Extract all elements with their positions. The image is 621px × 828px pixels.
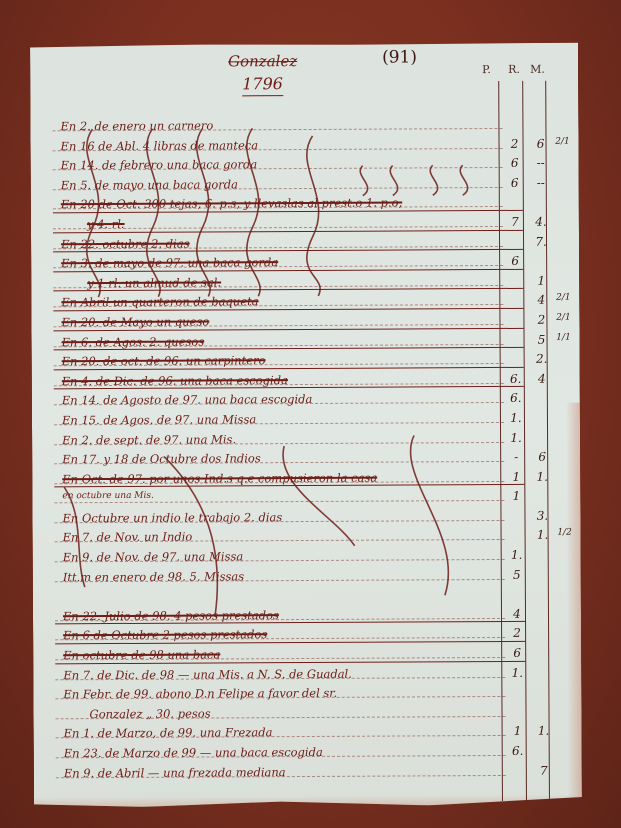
entry-text: En 7. de Nov. un Indio [63,530,193,545]
ledger-row: En 20. de oct. de 96. un carpintero2. [54,350,574,372]
amount-pesos: 1 [506,470,526,484]
amount-medios: 1/2 [555,528,575,538]
ledger-row: En 23. de Marzo de 99 — una baca escogid… [56,742,576,764]
ledger-row: en octubre una Mis.1 [54,487,574,509]
amount-pesos: 6 [505,254,525,268]
ledger-row: En 9. de Nov. de 97. una Missa1. [55,546,575,568]
amount-reales: 4 [531,293,551,307]
ledger-row: y 1 rl. un almud de sal.1 [53,271,573,293]
ledger-row: En Octubre un indio le trabajo 2. dias3. [54,506,574,528]
amount-pesos: 1 [508,724,528,738]
ledger-row: En 5. de mayo una baca gorda6-- [53,173,573,195]
ledger-row: En 7. de Dic. de 98 — una Mis. a N. S. d… [55,663,575,685]
amount-pesos: 6. [506,372,526,386]
amount-reales: -- [531,156,551,170]
ledger-row: En 6 de Octubre 2 pesos prestados2 [55,624,575,646]
amount-medios: 2/1 [553,313,573,323]
ledger-row: En 2. de enero un carnero [52,115,572,137]
entry-text: En 20. de oct. de 96. un carpintero [62,353,266,368]
manuscript-page: (91) Gonzalez 1796 P. R. M. En 2. de ene… [30,43,582,808]
entry-text: Itt.m en enero de 98. 5. Missas [63,569,244,584]
amount-pesos: 2 [504,136,524,150]
amount-medios: 2/1 [553,293,573,303]
column-header-reales: R. [508,63,520,76]
ledger-row: En Abril un quarteron de baqueta42/1 [53,291,573,313]
amount-reales: 7. [531,234,551,248]
entry-text: En 17. y 18 de Octubre dos Indios [62,451,261,466]
entry-text: En 14. de Agosto de 97. una baca escogid… [62,392,313,407]
amount-pesos: 1 [506,489,526,503]
amount-reales: 6 [530,136,550,150]
entry-text: En Octubre un indio le trabajo 2. dias [62,510,282,525]
entry-text: En Abril un quarteron de baqueta [61,295,258,310]
folio-number: (91) [382,47,417,67]
page-year: 1796 [242,74,283,96]
entry-text: En 20 de Oct. 300 tejas, 6. p.s, y lleva… [61,196,402,212]
entry-text: En 3. de mayo de 97. una baca gorda [61,255,278,270]
amount-reales: 5 [532,332,552,346]
entry-text: En 15. de Agos. de 97. una Missa [62,412,256,427]
ledger-row: En 22. Julio de 98. 4 pesos prestados4 [55,604,575,626]
ledger-row: y 4. rl.74. [53,213,573,235]
entry-text: En 5. de mayo una baca gorda [61,177,238,192]
ledger-row: En Febr. de 99. abono D.n Felipe a favor… [55,683,575,705]
page-title: Gonzalez [228,52,297,70]
amount-reales: 1. [532,469,552,483]
amount-medios: 1/1 [554,332,574,342]
entry-text: y 1 rl. un almud de sal. [87,275,221,290]
ledger-row: En 15. de Agos. de 97. una Missa1. [54,409,574,431]
amount-reales: 4. [531,215,551,229]
ledger-row: En 2. de sept. de 97. una Mis.1. [54,428,574,450]
entry-text: En 7. de Dic. de 98 — una Mis. a N. S. d… [63,666,352,682]
entry-text: Gonzalez „ 30. pesos [89,706,210,721]
ledger-row: Gonzalez „ 30. pesos [55,702,575,724]
ledger-row: En 20 de Oct. 300 tejas, 6. p.s, y lleva… [53,193,573,215]
entry-text: En 23. de Marzo de 99 — una baca escogid… [64,745,323,760]
ledger-row: En 7. de Nov. un Indio1.1/2 [55,526,575,548]
amount-reales: 1. [533,528,553,542]
ledger-row: Itt.m en enero de 98. 5. Missas5 [55,565,575,587]
amount-pesos: 7 [505,215,525,229]
ledger-row: En 6. de Agos. 2. quesos51/1 [54,330,574,352]
ledger-row: En 14. de Agosto de 97. una baca escogid… [54,389,574,411]
amount-reales: 2 [531,313,551,327]
amount-pesos: - [506,450,526,464]
amount-pesos: 6. [508,744,528,758]
amount-pesos: 4 [507,607,527,621]
edge-stain-bottom [34,795,582,808]
ledger-row: En 16 de Abl. 4 libras de manteca262/1 [52,134,572,156]
amount-pesos: 6 [505,156,525,170]
column-header-medios: M. [530,63,545,76]
entry-text: En 2. de sept. de 97. una Mis. [62,432,236,447]
amount-reales: 1 [531,273,551,287]
entry-text: En 14. de febrero una baca gorda [61,157,258,172]
entry-text: En 22. Julio de 98. 4 pesos prestados [63,608,279,623]
amount-pesos: 2 [507,626,527,640]
ledger-row: En Oct. de 97. por unos Ind.s q.e compus… [54,467,574,489]
amount-pesos: 6. [506,391,526,405]
entry-text: En 9. de Abril — una frezada mediana [64,765,286,780]
amount-reales: -- [531,175,551,189]
ledger-row [55,585,575,607]
amount-reales: 6 [532,450,552,464]
entry-text: En 6 de Octubre 2 pesos prestados [63,628,267,643]
entry-text: En Oct. de 97. por unos Ind.s q.e compus… [62,470,377,486]
ledger-row: En 1. de Marzo, de 99. una Frezada11. [56,722,576,744]
entry-text: En 16 de Abl. 4 libras de manteca [60,138,258,153]
ledger-row: En 17. y 18 de Octubre dos Indios-6 [54,448,574,470]
entry-text: En Febr. de 99. abono D.n Felipe a favor… [63,686,337,701]
entry-text: en octubre una Mis. [62,491,154,501]
entry-text: En 22. octubre 2. dias [61,236,190,251]
entry-text: En 4. de Dic. de 96. una baca escogida [62,373,288,388]
amount-reales: 3. [532,509,552,523]
ledger-row: En 22. octubre 2. dias7. [53,232,573,254]
amount-pesos: 6 [507,646,527,660]
ledger-row: En 14. de febrero una baca gorda6-- [53,154,573,176]
ledger-row: En octubre de 98 una baca6 [55,644,575,666]
column-header-pesos: P. [482,63,491,76]
ledger-row: En 9. de Abril — una frezada mediana7 [56,761,576,783]
amount-reales: 1. [534,724,554,738]
entry-text: y 4. rl. [87,217,125,231]
ledger-entries: En 2. de enero un carneroEn 16 de Abl. 4… [52,115,575,784]
amount-pesos: 1. [507,548,527,562]
entry-text: En 1. de Marzo, de 99. una Frezada [64,726,273,741]
ledger-row: En 3. de mayo de 97. una baca gorda6 [53,252,573,274]
entry-text: En 20. de Mayo un queso [61,314,209,329]
amount-reales: 7 [534,763,554,777]
amount-pesos: 1. [507,665,527,679]
amount-reales: 4 [532,371,552,385]
entry-text: En 2. de enero un carnero [60,118,213,133]
ledger-row: En 20. de Mayo un queso22/1 [53,311,573,333]
amount-pesos: 1. [506,411,526,425]
amount-pesos: 1. [506,430,526,444]
amount-pesos: 5 [507,568,527,582]
entry-text: En 9. de Nov. de 97. una Missa [63,549,244,564]
entry-text: En 6. de Agos. 2. quesos [62,334,205,349]
ledger-row: En 4. de Dic. de 96. una baca escogida6.… [54,369,574,391]
amount-reales: 2. [532,352,552,366]
amount-pesos: 6 [505,176,525,190]
amount-medios: 2/1 [552,136,572,146]
entry-text: En octubre de 98 una baca [63,647,220,662]
